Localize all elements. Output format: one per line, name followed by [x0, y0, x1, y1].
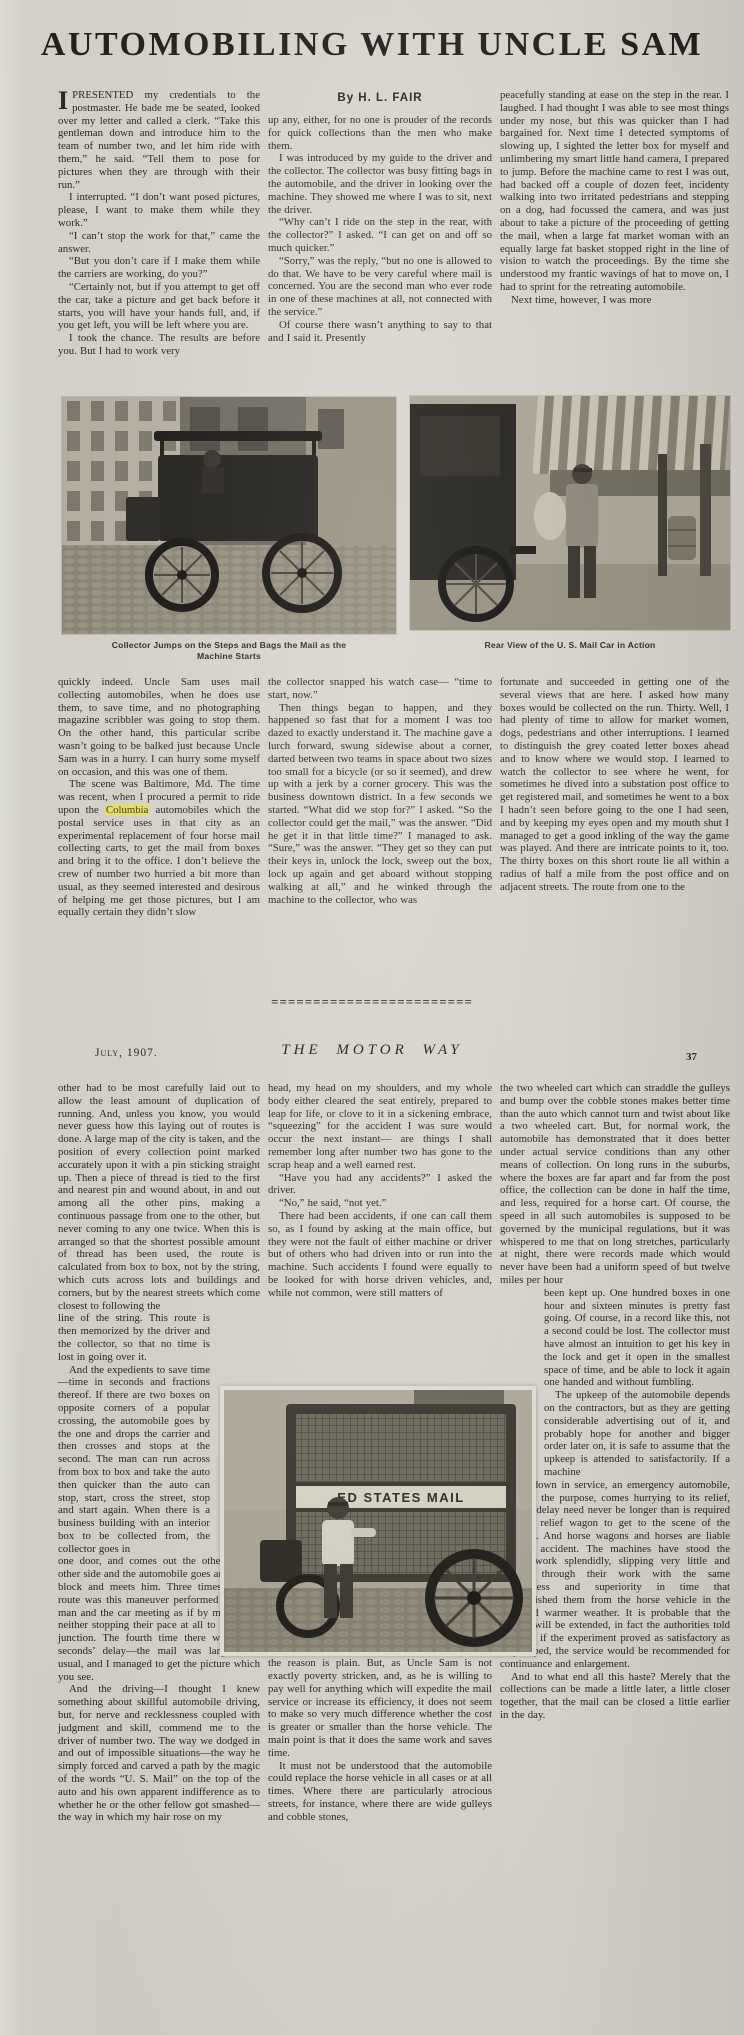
paragraph: “Have you had any accidents?” I asked th… [268, 1172, 492, 1198]
page1-top-column-1: IPRESENTED my credentials to the postmas… [58, 89, 260, 358]
photo-rear-view-mail-car [410, 396, 730, 630]
paragraph: the collector snapped his watch case— “t… [268, 676, 492, 702]
photo-collector-jumps [62, 397, 396, 634]
paragraph: Next time, however, I was more [500, 294, 729, 307]
text-wrap-beside-photo: line of the string. This route is then m… [58, 1312, 210, 1555]
photo-mail-wagon-page2: ED STATES MAIL [220, 1386, 536, 1656]
paragraph: quickly indeed. Uncle Sam uses mail coll… [58, 676, 260, 778]
page1-top-column-3: peacefully standing at ease on the step … [500, 89, 729, 307]
paragraph: The upkeep of the automobile depends on … [544, 1389, 730, 1479]
page-number: 37 [686, 1051, 697, 1063]
paragraph: “I can’t stop the work for that,” came t… [58, 230, 260, 256]
page1-bottom-column-2: the collector snapped his watch case— “t… [268, 676, 492, 906]
paragraph: up any, either, for no one is prouder of… [268, 114, 492, 152]
paragraph: “Why can’t I ride on the step in the rea… [268, 216, 492, 254]
page-separator: ======================== [0, 994, 744, 1010]
paragraph: “Sorry,” was the reply, “but no one is a… [268, 255, 492, 319]
page1-bottom-column-1: quickly indeed. Uncle Sam uses mail coll… [58, 676, 260, 919]
highlighted-word-columbia: Columbia [105, 804, 150, 816]
paragraph: I took the chance. The results are befor… [58, 332, 260, 358]
caption-right: Rear View of the U. S. Mail Car in Actio… [410, 640, 730, 651]
article-byline: By H. L. FAIR [268, 92, 492, 104]
paragraph: Then things began to happen, and they ha… [268, 702, 492, 907]
caption-left-line2: Machine Starts [62, 651, 396, 662]
magazine-scan: AUTOMOBILING WITH UNCLE SAM By H. L. FAI… [0, 0, 744, 2035]
text-wrap-beside-photo: been kept up. One hundred boxes in one h… [544, 1287, 730, 1479]
paragraph: fortunate and succeeded in getting one o… [500, 676, 729, 894]
paragraph: peacefully standing at ease on the step … [500, 89, 729, 294]
paragraph: Of course there wasn’t anything to say t… [268, 319, 492, 345]
page1-bottom-column-3: fortunate and succeeded in getting one o… [500, 676, 729, 894]
caption-left-line1: Collector Jumps on the Steps and Bags th… [62, 640, 396, 651]
paragraph: “But you don’t care if I make them while… [58, 255, 260, 281]
paragraph: I interrupted. “I don’t want posed pictu… [58, 191, 260, 229]
paragraph: “Certainly not, but if you attempt to ge… [58, 281, 260, 332]
paragraph: And the expedients to save time—time in … [58, 1364, 210, 1556]
photo-mail-wagon-image: ED STATES MAIL [224, 1390, 532, 1652]
paragraph: other had to be most carefully laid out … [58, 1082, 260, 1312]
scene-text-post: automobiles which the postal service use… [58, 804, 260, 918]
paragraph-with-highlight: The scene was Baltimore, Md. The time wa… [58, 778, 260, 919]
page1-top-column-2: up any, either, for no one is prouder of… [268, 114, 492, 344]
paragraph: I was introduced by my guide to the driv… [268, 152, 492, 216]
paragraph: line of the string. This route is then m… [58, 1312, 210, 1363]
caption-left: Collector Jumps on the Steps and Bags th… [62, 640, 396, 661]
paragraph: been kept up. One hundred boxes in one h… [544, 1287, 730, 1389]
article-title: AUTOMOBILING WITH UNCLE SAM [0, 26, 744, 64]
paragraph: There had been accidents, if one can cal… [268, 1210, 492, 1300]
paragraph: PRESENTED my credentials to the postmast… [58, 89, 260, 191]
paragraph: “No,” he said, “not yet.” [268, 1197, 492, 1210]
photo-collector-jumps-image [62, 397, 396, 634]
paragraph: It must not be understood that the autom… [268, 1760, 492, 1824]
drop-cap: I [58, 89, 72, 112]
paragraph: And the driving—I thought I knew somethi… [58, 1683, 260, 1824]
magazine-title: THE MOTOR WAY [0, 1042, 744, 1059]
paragraph: the two wheeled cart which can straddle … [500, 1082, 730, 1287]
paragraph: And to what end all this haste? Merely t… [500, 1671, 730, 1722]
wagon-side-lettering: ED STATES MAIL [337, 1490, 464, 1505]
paragraph: head, my head on my shoulders, and my wh… [268, 1082, 492, 1172]
photo-rear-view-image [410, 396, 730, 630]
